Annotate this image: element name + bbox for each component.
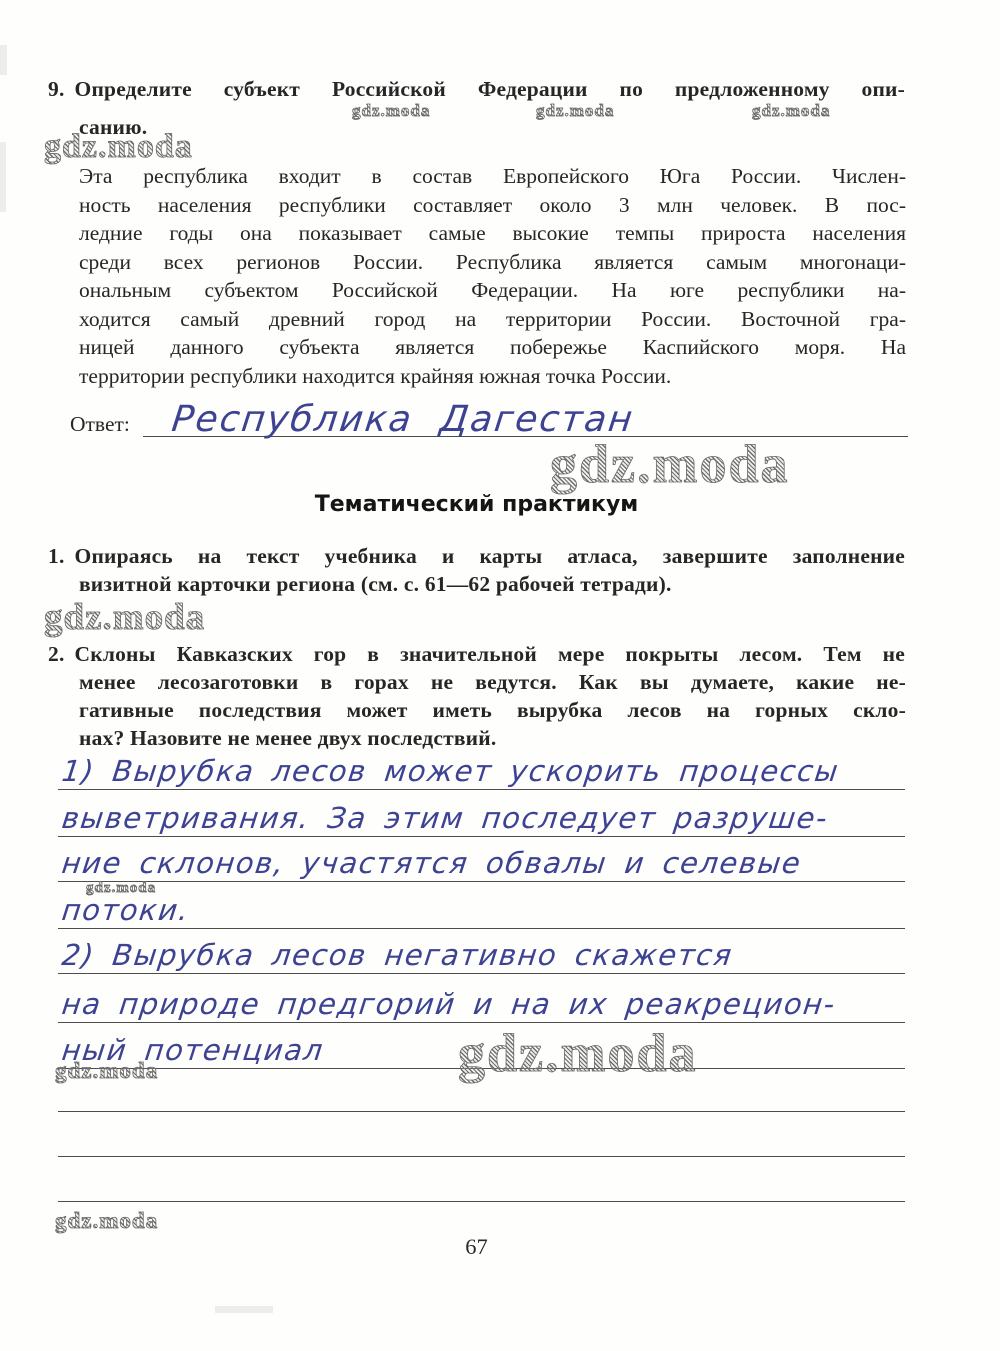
answer1-line-1: 1) Вырубка лесов может ускорить процессы bbox=[60, 757, 841, 786]
question-9-number: 9. bbox=[48, 77, 65, 101]
answer-label: Ответ: bbox=[70, 411, 130, 437]
watermark-big-1: gdz.moda bbox=[550, 433, 790, 495]
question-2-text: Склоны Кавказских гор в значительной мер… bbox=[75, 642, 905, 666]
q9-body-line-8: территории республики находится крайняя … bbox=[79, 363, 906, 389]
blank-answer-line bbox=[58, 1201, 905, 1202]
scan-artifact-left bbox=[0, 45, 7, 75]
watermark-top-2: gdz.moda bbox=[536, 101, 614, 121]
watermark-bottom: gdz.moda bbox=[55, 1208, 158, 1234]
question-9-title-text: Определите субъект Российской Федерации … bbox=[75, 77, 905, 101]
watermark-left-2: gdz.moda bbox=[44, 596, 205, 639]
question-2-line-3: гативные последствия может иметь вырубка… bbox=[79, 697, 906, 723]
q9-body-line-3: ледние годы она показывает самые высокие… bbox=[79, 220, 906, 246]
question-1-number: 1. bbox=[48, 544, 65, 568]
watermark-top-1: gdz.moda bbox=[352, 101, 430, 121]
blank-answer-line bbox=[58, 1111, 905, 1112]
scan-artifact-left-2 bbox=[0, 142, 6, 212]
answer1-line-3: ние склонов, участятся обвалы и селевые bbox=[60, 849, 803, 878]
handwritten-row: 1) Вырубка лесов может ускорить процессы bbox=[58, 745, 905, 790]
watermark-left-1: gdz.moda bbox=[44, 128, 193, 166]
answer1-line-4: потоки. bbox=[60, 896, 191, 925]
question-1-line-1: 1.Опираясь на текст учебника и карты атл… bbox=[48, 543, 905, 569]
question-1-text: Опираясь на текст учебника и карты атлас… bbox=[75, 544, 905, 568]
watermark-big-2: gdz.moda bbox=[458, 1022, 698, 1084]
question-9-title-line-1: 9.Определите субъект Российской Федераци… bbox=[48, 76, 905, 102]
question-2-line-1: 2.Склоны Кавказских гор в значительной м… bbox=[48, 641, 905, 667]
handwritten-row: выветривания. За этим последует разруше- bbox=[58, 790, 905, 837]
answer2-line-1: 2) Вырубка лесов негативно скажется bbox=[60, 941, 734, 970]
handwritten-row: на природе предгорий и на их реакрецион- bbox=[58, 975, 905, 1023]
scan-artifact-bottom bbox=[215, 1306, 273, 1313]
watermark-small-1: gdz.moda bbox=[86, 880, 156, 897]
q9-body-line-5: ональным субъектом Российской Федерации.… bbox=[79, 277, 906, 303]
handwritten-row: ние склонов, участятся обвалы и селевые bbox=[58, 837, 905, 882]
blank-answer-line bbox=[58, 1156, 905, 1157]
handwritten-row: потоки. bbox=[58, 882, 905, 929]
q9-body-line-1: Эта республика входит в состав Европейск… bbox=[79, 163, 906, 189]
workbook-page: 9.Определите субъект Российской Федераци… bbox=[0, 0, 1000, 1351]
answer2-line-2: на природе предгорий и на их реакрецион- bbox=[60, 990, 837, 1019]
watermark-small-2: gdz.moda bbox=[55, 1058, 158, 1084]
watermark-top-3: gdz.moda bbox=[752, 101, 830, 121]
q9-body-line-7: ницей данного субъекта является побережь… bbox=[79, 334, 906, 360]
q9-body-line-4: среди всех регионов России. Республика я… bbox=[79, 249, 906, 275]
q9-body-line-6: ходится самый древний город на территори… bbox=[79, 306, 906, 332]
question-1-line-2: визитной карточки региона (см. с. 61—62 … bbox=[79, 571, 906, 597]
question-2-line-2: менее лесозаготовки в горах не ведутся. … bbox=[79, 669, 906, 695]
answer1-line-2: выветривания. За этим последует разруше- bbox=[60, 804, 830, 833]
handwritten-row: 2) Вырубка лесов негативно скажется bbox=[58, 929, 905, 974]
question-2-number: 2. bbox=[48, 642, 65, 666]
page-number: 67 bbox=[48, 1234, 905, 1260]
q9-body-line-2: ность населения республики составляет ок… bbox=[79, 192, 906, 218]
section-heading: Тематический практикум bbox=[48, 492, 905, 517]
